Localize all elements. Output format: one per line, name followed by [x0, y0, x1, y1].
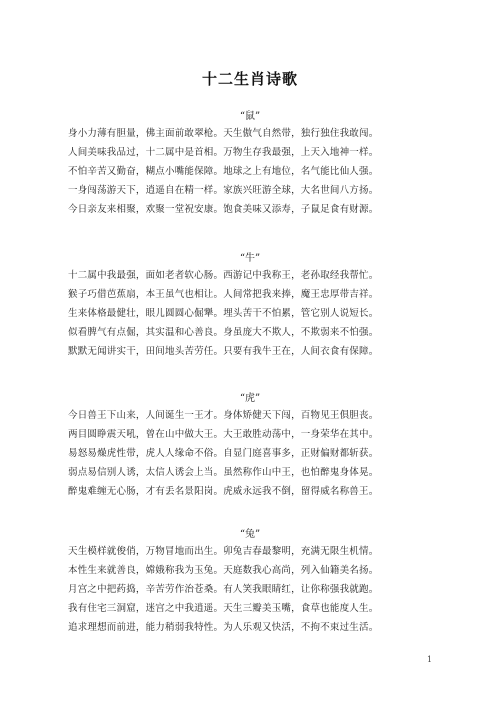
poem-line: 人间美味我品过，十二属中是首相。万物生存我最强，上天入地神一样。 — [68, 143, 500, 162]
document-page: 十二生肖诗歌 “鼠” 身小力薄有胆量，佛主面前敢翠枪。天生傲气自然带，独行独住我… — [0, 0, 500, 707]
poem-line: 月宫之中把药捣，辛苦劳作治苍桑。有人笑我眼睛红，让你称强我就跑。 — [68, 580, 500, 599]
section-rat: “鼠” 身小力薄有胆量，佛主面前敢翠枪。天生傲气自然带，独行独住我敢闯。 人间美… — [0, 110, 500, 219]
poem-line: 默默无闻讲实干，田间地头苦劳任。只要有我牛王在，人间衣食有保障。 — [68, 342, 500, 361]
section-heading: “牛” — [0, 252, 500, 266]
poem-line: 今日亲友来相聚，欢聚一堂祝安康。饱食美味又添寿，子鼠足食有财源。 — [68, 200, 500, 219]
section-rabbit: “兔” 天生模样就俊俏，万物冒地而出生。卯兔吉春最黎明，充满无限生机情。 本性生… — [0, 528, 500, 637]
poem-line: 易怒易燥虎性带，虎人人缘命不俗。自显门庭喜事多，正财偏财都斩获。 — [68, 444, 500, 463]
poem-line: 似看脾气有点倔，其实温和心善良。身虽庞大不欺人，不欺弱来不怕强。 — [68, 323, 500, 342]
poem-line: 猴子巧借芭蕉扇，本王虽气也相让。人间常把我来捧，魔王忠厚带吉祥。 — [68, 285, 500, 304]
poem-line: 十二属中我最强，面如老者软心肠。西游记中我称王，老孙取经我帮忙。 — [68, 266, 500, 285]
poem-line: 我有住宅三洞窟，迷宫之中我逍遥。天生三瓣美玉嘴，食草也能度人生。 — [68, 599, 500, 618]
poem-line: 身小力薄有胆量，佛主面前敢翠枪。天生傲气自然带，独行独住我敢闯。 — [68, 124, 500, 143]
poem-line: 弱点易信别人诱，太信人诱会上当。虽然称作山中王，也怕醉鬼身体晃。 — [68, 463, 500, 482]
poem-line: 本性生来就善良，嫦娥称我为玉兔。天庭数我心高尚，列入仙籍美名扬。 — [68, 561, 500, 580]
section-tiger: “虎” 今日兽王下山来，人间诞生一王才。身体矫健天下闯，百物见王俱胆丧。 两目圆… — [0, 392, 500, 501]
poem-line: 两目圆睁震天吼，曾在山中做大王。大王敢胜动荡中，一身荣华在其中。 — [68, 425, 500, 444]
poem-line: 不怕辛苦又勤奋，糊点小嘴能保障。地球之上有地位，名气能比仙人强。 — [68, 162, 500, 181]
poem-line: 生来体格最健壮，眼儿圆圆心倔犟。埋头苦干不怕累，管它别人说短长。 — [68, 304, 500, 323]
section-heading: “虎” — [0, 392, 500, 406]
poem-line: 今日兽王下山来，人间诞生一王才。身体矫健天下闯，百物见王俱胆丧。 — [68, 406, 500, 425]
poem-line: 一身闯荡游天下，逍遥自在精一样。家族兴旺游全球，大名世间八方扬。 — [68, 181, 500, 200]
poem-line: 醉鬼难缠无心肠，才有丢名景阳岗。虎威永远我不倒，留得威名称兽王。 — [68, 482, 500, 501]
section-ox: “牛” 十二属中我最强，面如老者软心肠。西游记中我称王，老孙取经我帮忙。 猴子巧… — [0, 252, 500, 361]
page-title: 十二生肖诗歌 — [0, 68, 500, 89]
page-number: 1 — [427, 655, 432, 664]
section-heading: “鼠” — [0, 110, 500, 124]
section-heading: “兔” — [0, 528, 500, 542]
poem-line: 追求理想而前进，能力稍弱我特性。为人乐观又快活，不拘不束过生活。 — [68, 618, 500, 637]
poem-line: 天生模样就俊俏，万物冒地而出生。卯兔吉春最黎明，充满无限生机情。 — [68, 542, 500, 561]
